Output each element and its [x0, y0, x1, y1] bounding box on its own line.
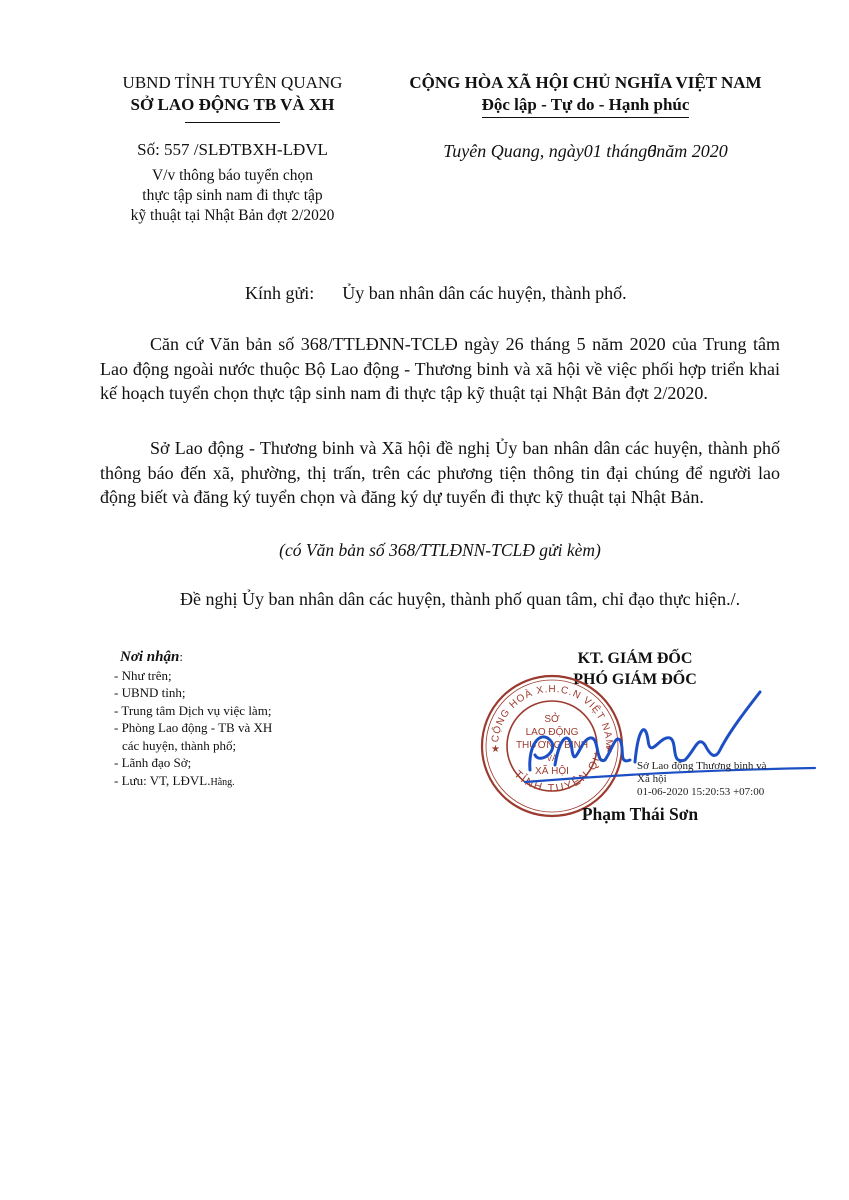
authority-name: UBND TỈNH TUYÊN QUANG [100, 72, 365, 94]
digital-signature-info: Sở Lao động Thương binh và Xã hội 01-06-… [637, 760, 767, 799]
national-motto: Độc lập - Tự do - Hạnh phúc [482, 94, 690, 118]
recipient-item: - Như trên; [114, 667, 272, 685]
national-header: CỘNG HÒA XÃ HỘI CHỦ NGHĨA VIỆT NAM Độc l… [383, 72, 788, 118]
issuing-organization: UBND TỈNH TUYÊN QUANG SỞ LAO ĐỘNG TB VÀ … [100, 72, 365, 123]
digital-signer-cont: Xã hội [637, 773, 767, 786]
subject-line: thực tập sinh nam đi thực tập [100, 186, 365, 206]
recipient-item: - Phòng Lao động - TB và XH [114, 719, 272, 737]
svg-text:★: ★ [491, 744, 500, 755]
subject-line: kỹ thuật tại Nhật Bản đợt 2/2020 [100, 206, 365, 226]
document-number: Số: 557 /SLĐTBXH-LĐVL [100, 140, 365, 160]
date-day: 01 [584, 141, 602, 161]
date-year: năm 2020 [656, 141, 728, 161]
recipient-archive: - Lưu: VT, LĐVL.Hằng. [114, 772, 272, 792]
date-prefix: Tuyên Quang, ngày [443, 141, 583, 161]
digital-signer: Sở Lao động Thương binh và [637, 760, 767, 773]
header-divider [185, 122, 280, 123]
body-paragraph-2: Sở Lao động - Thương binh và Xã hội đề n… [100, 436, 780, 510]
subject-line: V/v thông báo tuyển chọn [100, 166, 365, 186]
closing-request: Đề nghị Ủy ban nhân dân các huyện, thành… [180, 589, 800, 610]
paragraph-text: Sở Lao động - Thương binh và Xã hội đề n… [100, 438, 780, 507]
department-name: SỞ LAO ĐỘNG TB VÀ XH [100, 94, 365, 116]
on-behalf-label: KT. GIÁM ĐỐC [500, 648, 770, 669]
paragraph-text: Căn cứ Văn bản số 368/TTLĐNN-TCLĐ ngày 2… [100, 334, 780, 403]
date-line: Tuyên Quang, ngày01 tháng06năm 2020 [383, 141, 788, 162]
attachment-note: (có Văn bản số 368/TTLĐNN-TCLĐ gửi kèm) [100, 540, 780, 561]
greeting: Kính gửi:Ủy ban nhân dân các huyện, thàn… [100, 283, 780, 304]
recipient-item: - Lãnh đạo Sở; [114, 754, 272, 772]
greeting-recipient: Ủy ban nhân dân các huyện, thành phố. [342, 283, 626, 303]
greeting-label: Kính gửi: [245, 283, 314, 303]
signer-name: Phạm Thái Sơn [500, 804, 780, 825]
recipients-heading: Nơi nhận [120, 649, 179, 665]
date-month-word: tháng [606, 141, 647, 161]
recipients-list: Nơi nhận: - Như trên; - UBND tỉnh; - Tru… [114, 648, 272, 791]
body-paragraph-1: Căn cứ Văn bản số 368/TTLĐNN-TCLĐ ngày 2… [100, 332, 780, 406]
nation-name: CỘNG HÒA XÃ HỘI CHỦ NGHĨA VIỆT NAM [383, 72, 788, 94]
recipient-item: các huyện, thành phố; [114, 737, 272, 755]
digital-timestamp: 01-06-2020 15:20:53 +07:00 [637, 786, 767, 799]
recipient-item: - UBND tỉnh; [114, 684, 272, 702]
recipient-item: - Trung tâm Dịch vụ việc làm; [114, 702, 272, 720]
document-subject: V/v thông báo tuyển chọn thực tập sinh n… [100, 166, 365, 226]
